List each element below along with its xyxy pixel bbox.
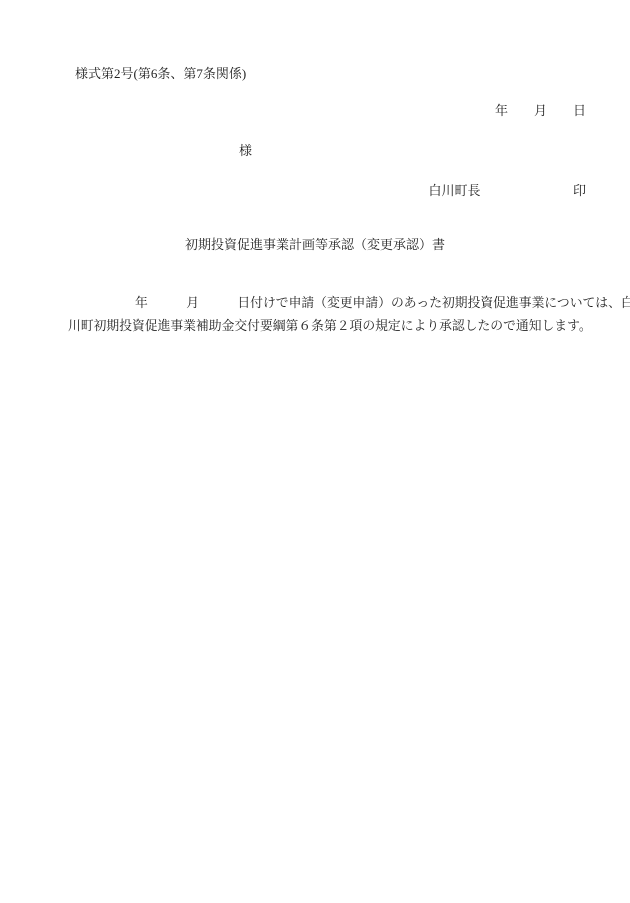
issuer-line: 白川町長 印 [428,180,586,199]
document-page: 様式第2号(第6条、第7条関係) 年 月 日 様 白川町長 印 初期投資促進事業… [0,0,630,903]
form-number: 様式第2号(第6条、第7条関係) [75,63,246,82]
document-title: 初期投資促進事業計画等承認（変更承認）書 [0,234,630,253]
body-line-1: 年 月 日付けで申請（変更申請）のあった初期投資促進事業については、白 [68,292,613,315]
seal-mark: 印 [573,183,586,198]
date-blank-line: 年 月 日 [495,100,586,119]
body-paragraph: 年 月 日付けで申請（変更申請）のあった初期投資促進事業については、白 川町初期… [68,292,613,338]
addressee-honorific: 様 [239,140,252,159]
issuer-name: 白川町長 [428,183,480,198]
body-line-2: 川町初期投資促進事業補助金交付要綱第６条第２項の規定により承認したので通知します… [68,315,613,338]
